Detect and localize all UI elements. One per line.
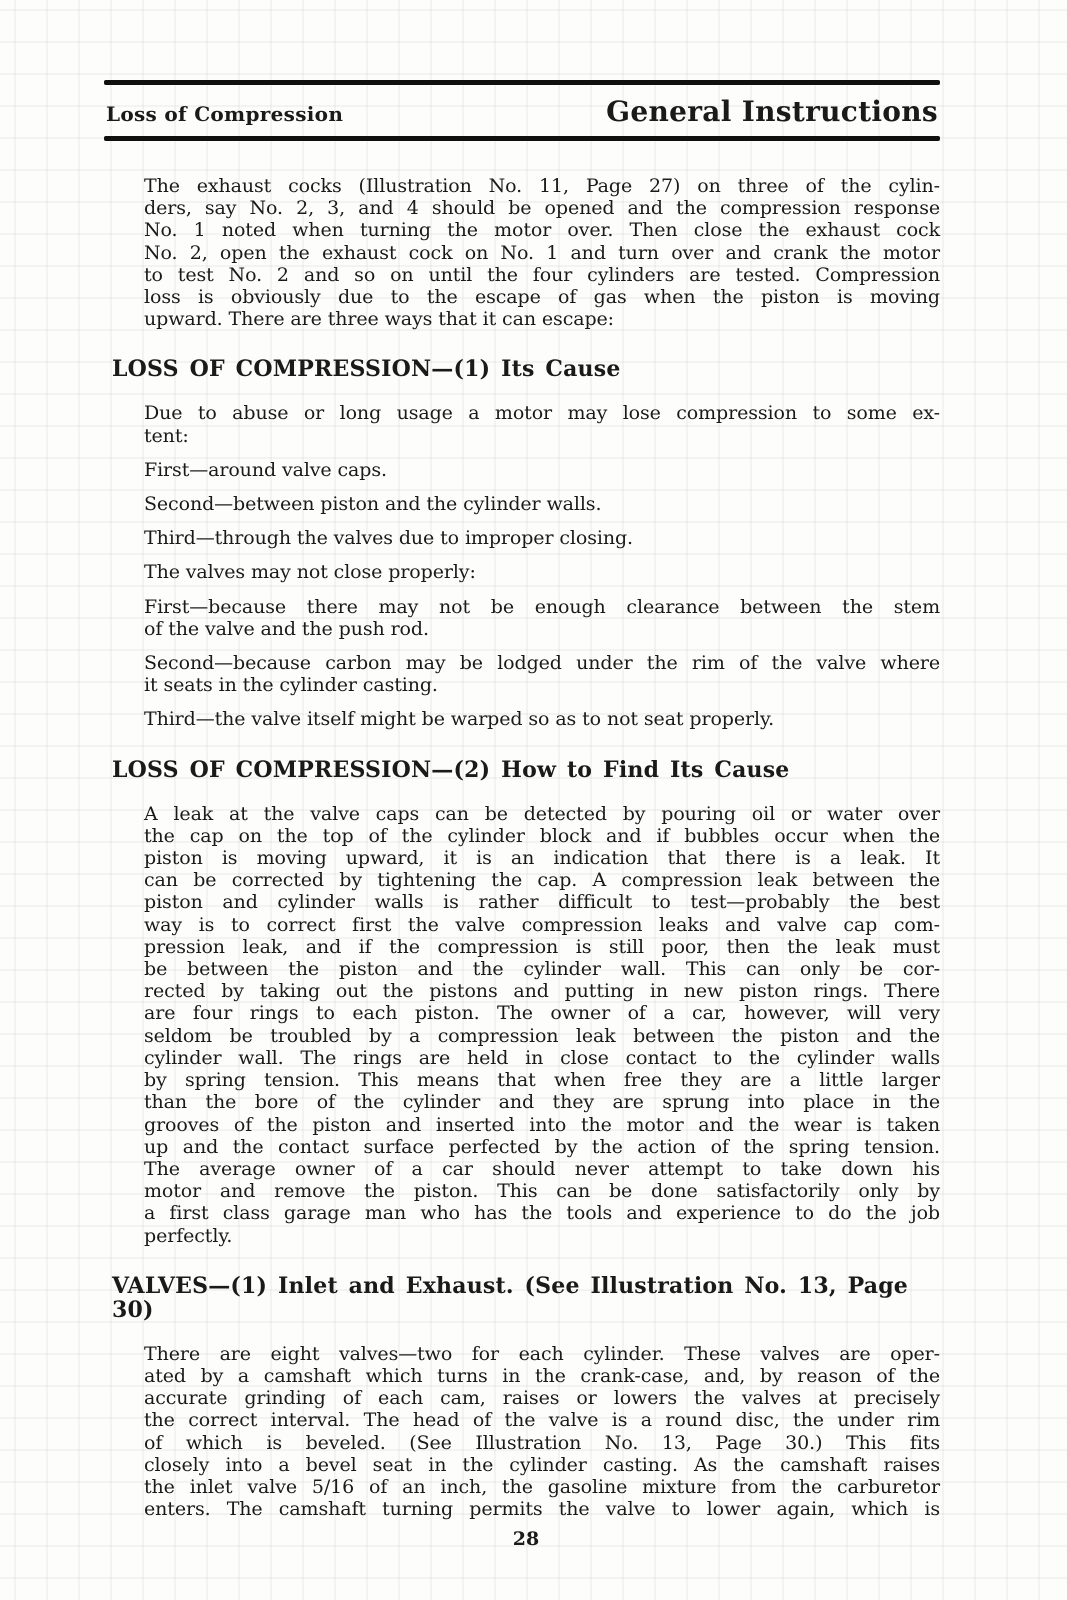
text-line: it seats in the cylinder casting.: [144, 674, 940, 696]
text-line: Second—between piston and the cylinder w…: [144, 493, 940, 515]
body-paragraph: Third—through the valves due to improper…: [112, 527, 940, 549]
text-line: a first class garage man who has the too…: [144, 1202, 940, 1224]
text-line: the inlet valve 5/16 of an inch, the gas…: [144, 1476, 940, 1498]
body-paragraph: There are eight valves—two for each cyli…: [112, 1343, 940, 1521]
text-line: The average owner of a car should never …: [144, 1158, 940, 1180]
document-body: The exhaust cocks (Illustration No. 11, …: [112, 175, 940, 1520]
running-head-left-title: Loss of Compression: [106, 102, 343, 126]
text-line: loss is obviously due to the escape of g…: [144, 286, 940, 308]
text-line: of the valve and the push rod.: [144, 618, 940, 640]
text-line: The valves may not close properly:: [144, 561, 940, 583]
text-line: of which is beveled. (See Illustration N…: [144, 1432, 940, 1454]
text-line: tent:: [144, 425, 940, 447]
text-line: First—because there may not be enough cl…: [144, 596, 940, 618]
header-bottom-rule: [104, 136, 940, 141]
text-line: be between the piston and the cylinder w…: [144, 958, 940, 980]
text-line: First—around valve caps.: [144, 459, 940, 481]
text-line: rected by taking out the pistons and put…: [144, 980, 940, 1002]
text-line: can be corrected by tightening the cap. …: [144, 869, 940, 891]
text-line: Second—because carbon may be lodged unde…: [144, 652, 940, 674]
text-line: enters. The camshaft turning permits the…: [144, 1498, 940, 1520]
running-head: Loss of Compression General Instructions: [104, 85, 940, 136]
body-paragraph: The valves may not close properly:: [112, 561, 940, 583]
text-line: pression leak, and if the compression is…: [144, 936, 940, 958]
text-line: by spring tension. This means that when …: [144, 1069, 940, 1091]
text-line: There are eight valves—two for each cyli…: [144, 1343, 940, 1365]
text-line: Third—through the valves due to improper…: [144, 527, 940, 549]
text-line: to test No. 2 and so on until the four c…: [144, 264, 940, 286]
text-line: than the bore of the cylinder and they a…: [144, 1091, 940, 1113]
text-line: The exhaust cocks (Illustration No. 11, …: [144, 175, 940, 197]
text-line: ated by a camshaft which turns in the cr…: [144, 1365, 940, 1387]
scanned-manual-page: Loss of Compression General Instructions…: [0, 0, 1067, 1600]
text-line: up and the contact surface perfected by …: [144, 1136, 940, 1158]
body-paragraph: Third—the valve itself might be warped s…: [112, 708, 940, 730]
body-paragraph: Second—between piston and the cylinder w…: [112, 493, 940, 515]
text-line: No. 2, open the exhaust cock on No. 1 an…: [144, 242, 940, 264]
body-paragraph: Due to abuse or long usage a motor may l…: [112, 402, 940, 446]
text-line: No. 1 noted when turning the motor over.…: [144, 219, 940, 241]
text-line: seldom be troubled by a compression leak…: [144, 1025, 940, 1047]
text-line: ders, say No. 2, 3, and 4 should be open…: [144, 197, 940, 219]
text-line: cylinder wall. The rings are held in clo…: [144, 1047, 940, 1069]
text-line: piston and cylinder walls is rather diff…: [144, 891, 940, 913]
text-line: Third—the valve itself might be warped s…: [144, 708, 940, 730]
text-line: accurate grinding of each cam, raises or…: [144, 1387, 940, 1409]
page-content: Loss of Compression General Instructions…: [104, 80, 940, 1550]
page-header: Loss of Compression General Instructions: [104, 80, 940, 141]
running-head-right-title: General Instructions: [606, 95, 938, 128]
body-paragraph: First—because there may not be enough cl…: [112, 596, 940, 640]
text-line: grooves of the piston and inserted into …: [144, 1114, 940, 1136]
text-line: are four rings to each piston. The owner…: [144, 1002, 940, 1024]
text-line: piston is moving upward, it is an indica…: [144, 847, 940, 869]
text-line: the correct interval. The head of the va…: [144, 1409, 940, 1431]
section-heading: LOSS OF COMPRESSION—(2) How to Find Its …: [112, 758, 940, 782]
text-line: closely into a bevel seat in the cylinde…: [144, 1454, 940, 1476]
text-line: the cap on the top of the cylinder block…: [144, 825, 940, 847]
text-line: motor and remove the piston. This can be…: [144, 1180, 940, 1202]
body-paragraph: First—around valve caps.: [112, 459, 940, 481]
section-heading: VALVES—(1) Inlet and Exhaust. (See Illus…: [112, 1274, 940, 1322]
text-line: Due to abuse or long usage a motor may l…: [144, 402, 940, 424]
text-line: A leak at the valve caps can be detected…: [144, 803, 940, 825]
section-heading: LOSS OF COMPRESSION—(1) Its Cause: [112, 357, 940, 381]
body-paragraph: Second—because carbon may be lodged unde…: [112, 652, 940, 696]
text-line: way is to correct first the valve compre…: [144, 914, 940, 936]
page-number: 28: [112, 1528, 940, 1550]
text-line: perfectly.: [144, 1225, 940, 1247]
body-paragraph: The exhaust cocks (Illustration No. 11, …: [112, 175, 940, 330]
body-paragraph: A leak at the valve caps can be detected…: [112, 803, 940, 1247]
text-line: upward. There are three ways that it can…: [144, 308, 940, 330]
